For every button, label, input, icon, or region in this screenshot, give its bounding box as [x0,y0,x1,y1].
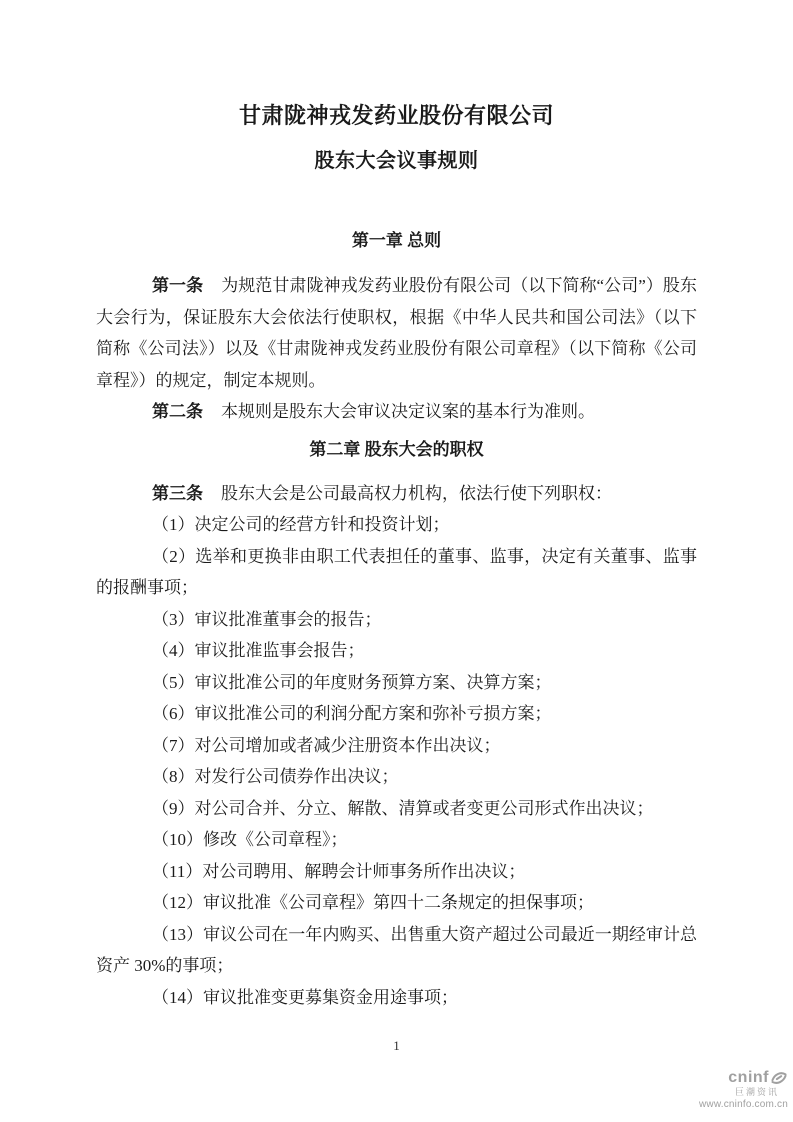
clause-item-2: （2）选举和更换非由职工代表担任的董事、监事，决定有关董事、监事的报酬事项； [96,541,697,604]
document-page: 甘肃陇神戎发药业股份有限公司 股东大会议事规则 第一章 总则 第一条为规范甘肃陇… [0,0,793,1122]
article-2-number: 第二条 [152,402,203,421]
article-3-number: 第三条 [152,484,203,503]
article-2-text: 本规则是股东大会审议决定议案的基本行为准则。 [221,402,595,421]
clause-item-7: （7）对公司增加或者减少注册资本作出决议； [96,730,697,762]
clause-item-9: （9）对公司合并、分立、解散、清算或者变更公司形式作出决议； [96,793,697,825]
article-3-text: 股东大会是公司最高权力机构，依法行使下列职权： [221,484,612,503]
article-3-paragraph: 第三条股东大会是公司最高权力机构，依法行使下列职权： [96,478,697,510]
clause-item-4: （4）审议批准监事会报告； [96,635,697,667]
clause-item-11: （11）对公司聘用、解聘会计师事务所作出决议； [96,856,697,888]
chapter-2-heading: 第二章 股东大会的职权 [96,435,697,465]
clause-item-5: （5）审议批准公司的年度财务预算方案、决算方案； [96,667,697,699]
clause-item-12: （12）审议批准《公司章程》第四十二条规定的担保事项； [96,887,697,919]
document-title: 股东大会议事规则 [96,147,697,175]
clause-item-13: （13）审议公司在一年内购买、出售重大资产超过公司最近一期经审计总资产 30%的… [96,919,697,982]
clause-item-10: （10）修改《公司章程》； [96,824,697,856]
clause-item-1: （1）决定公司的经营方针和投资计划； [96,509,697,541]
page-number: 1 [0,1038,793,1054]
article-1-paragraph: 第一条为规范甘肃陇神戎发药业股份有限公司（以下简称“公司”）股东大会行为，保证股… [96,270,697,396]
document-content: 甘肃陇神戎发药业股份有限公司 股东大会议事规则 第一章 总则 第一条为规范甘肃陇… [96,0,697,1013]
company-title: 甘肃陇神戎发药业股份有限公司 [96,0,697,131]
clause-item-6: （6）审议批准公司的利润分配方案和弥补亏损方案； [96,698,697,730]
cninfo-wordmark-row: cninf [699,1070,788,1086]
chapter-1-heading: 第一章 总则 [96,226,697,256]
cninfo-watermark: cninf 巨潮资讯 www.cninfo.com.cn [699,1070,788,1110]
cninfo-name-cn: 巨潮资讯 [699,1087,779,1097]
clause-item-14: （14）审议批准变更募集资金用途事项； [96,982,697,1014]
cninfo-wordmark: cninf [728,1071,769,1085]
cninfo-url: www.cninfo.com.cn [699,1099,788,1110]
article-2-paragraph: 第二条本规则是股东大会审议决定议案的基本行为准则。 [96,396,697,428]
clause-item-3: （3）审议批准董事会的报告； [96,604,697,636]
cninfo-swirl-icon [770,1070,788,1086]
article-1-number: 第一条 [152,276,203,295]
clause-item-8: （8）对发行公司债券作出决议； [96,761,697,793]
